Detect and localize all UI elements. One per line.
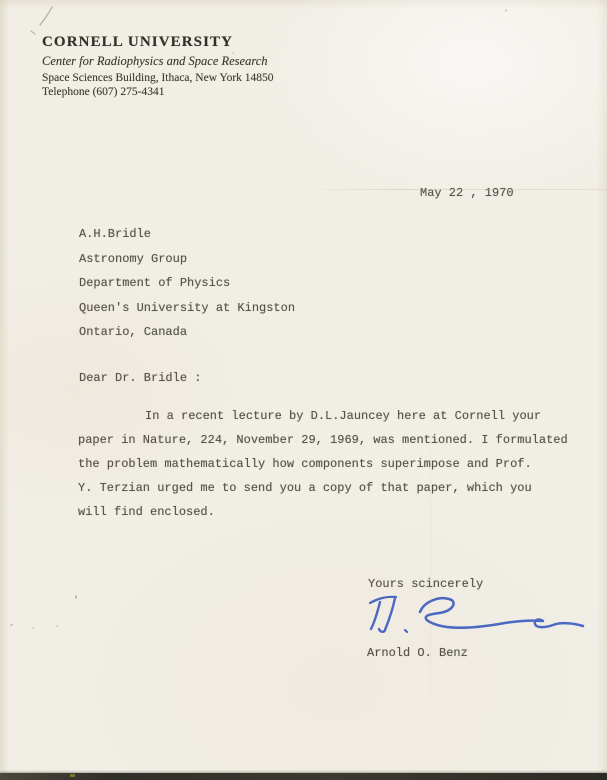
scanner-edge-speck (70, 774, 75, 777)
recipient-address-block: A.H.Bridle Astronomy Group Department of… (79, 222, 295, 345)
recipient-line: A.H.Bridle (79, 222, 295, 247)
speck (232, 52, 234, 54)
body-paragraph: In a recent lecture by D.L.Jauncey here … (78, 404, 568, 524)
recipient-line: Department of Physics (79, 271, 295, 296)
valediction: Yours scincerely (368, 577, 483, 591)
scanner-edge-band (0, 773, 607, 780)
horizontal-crease-line (300, 189, 607, 190)
letter-page: CORNELL UNIVERSITY Center for Radiophysi… (0, 0, 607, 780)
pencil-scratch-mark (18, 2, 68, 38)
department-name: Center for Radiophysics and Space Resear… (42, 54, 274, 69)
recipient-line: Queen's University at Kingston (79, 296, 295, 321)
letterhead-address-line: Space Sciences Building, Ithaca, New Yor… (42, 72, 274, 84)
signed-name: Arnold O. Benz (367, 646, 468, 660)
speck (10, 624, 13, 626)
body-line: will find enclosed. (78, 500, 568, 524)
body-line: the problem mathematically how component… (78, 452, 568, 476)
speck (32, 627, 34, 629)
signature-scrawl-icon (350, 590, 590, 642)
speck (56, 625, 58, 627)
body-line: Y. Terzian urged me to send you a copy o… (78, 476, 568, 500)
speck (505, 9, 507, 12)
vertical-fold-crease (430, 380, 431, 772)
speck (75, 595, 77, 599)
salutation: Dear Dr. Bridle : (79, 371, 201, 385)
university-name: CORNELL UNIVERSITY (42, 34, 274, 51)
body-line: paper in Nature, 224, November 29, 1969,… (78, 428, 568, 452)
recipient-line: Astronomy Group (79, 247, 295, 272)
recipient-line: Ontario, Canada (79, 320, 295, 345)
letterhead: CORNELL UNIVERSITY Center for Radiophysi… (42, 34, 274, 98)
body-line: In a recent lecture by D.L.Jauncey here … (78, 404, 568, 428)
letterhead-telephone-line: Telephone (607) 275-4341 (42, 86, 274, 98)
